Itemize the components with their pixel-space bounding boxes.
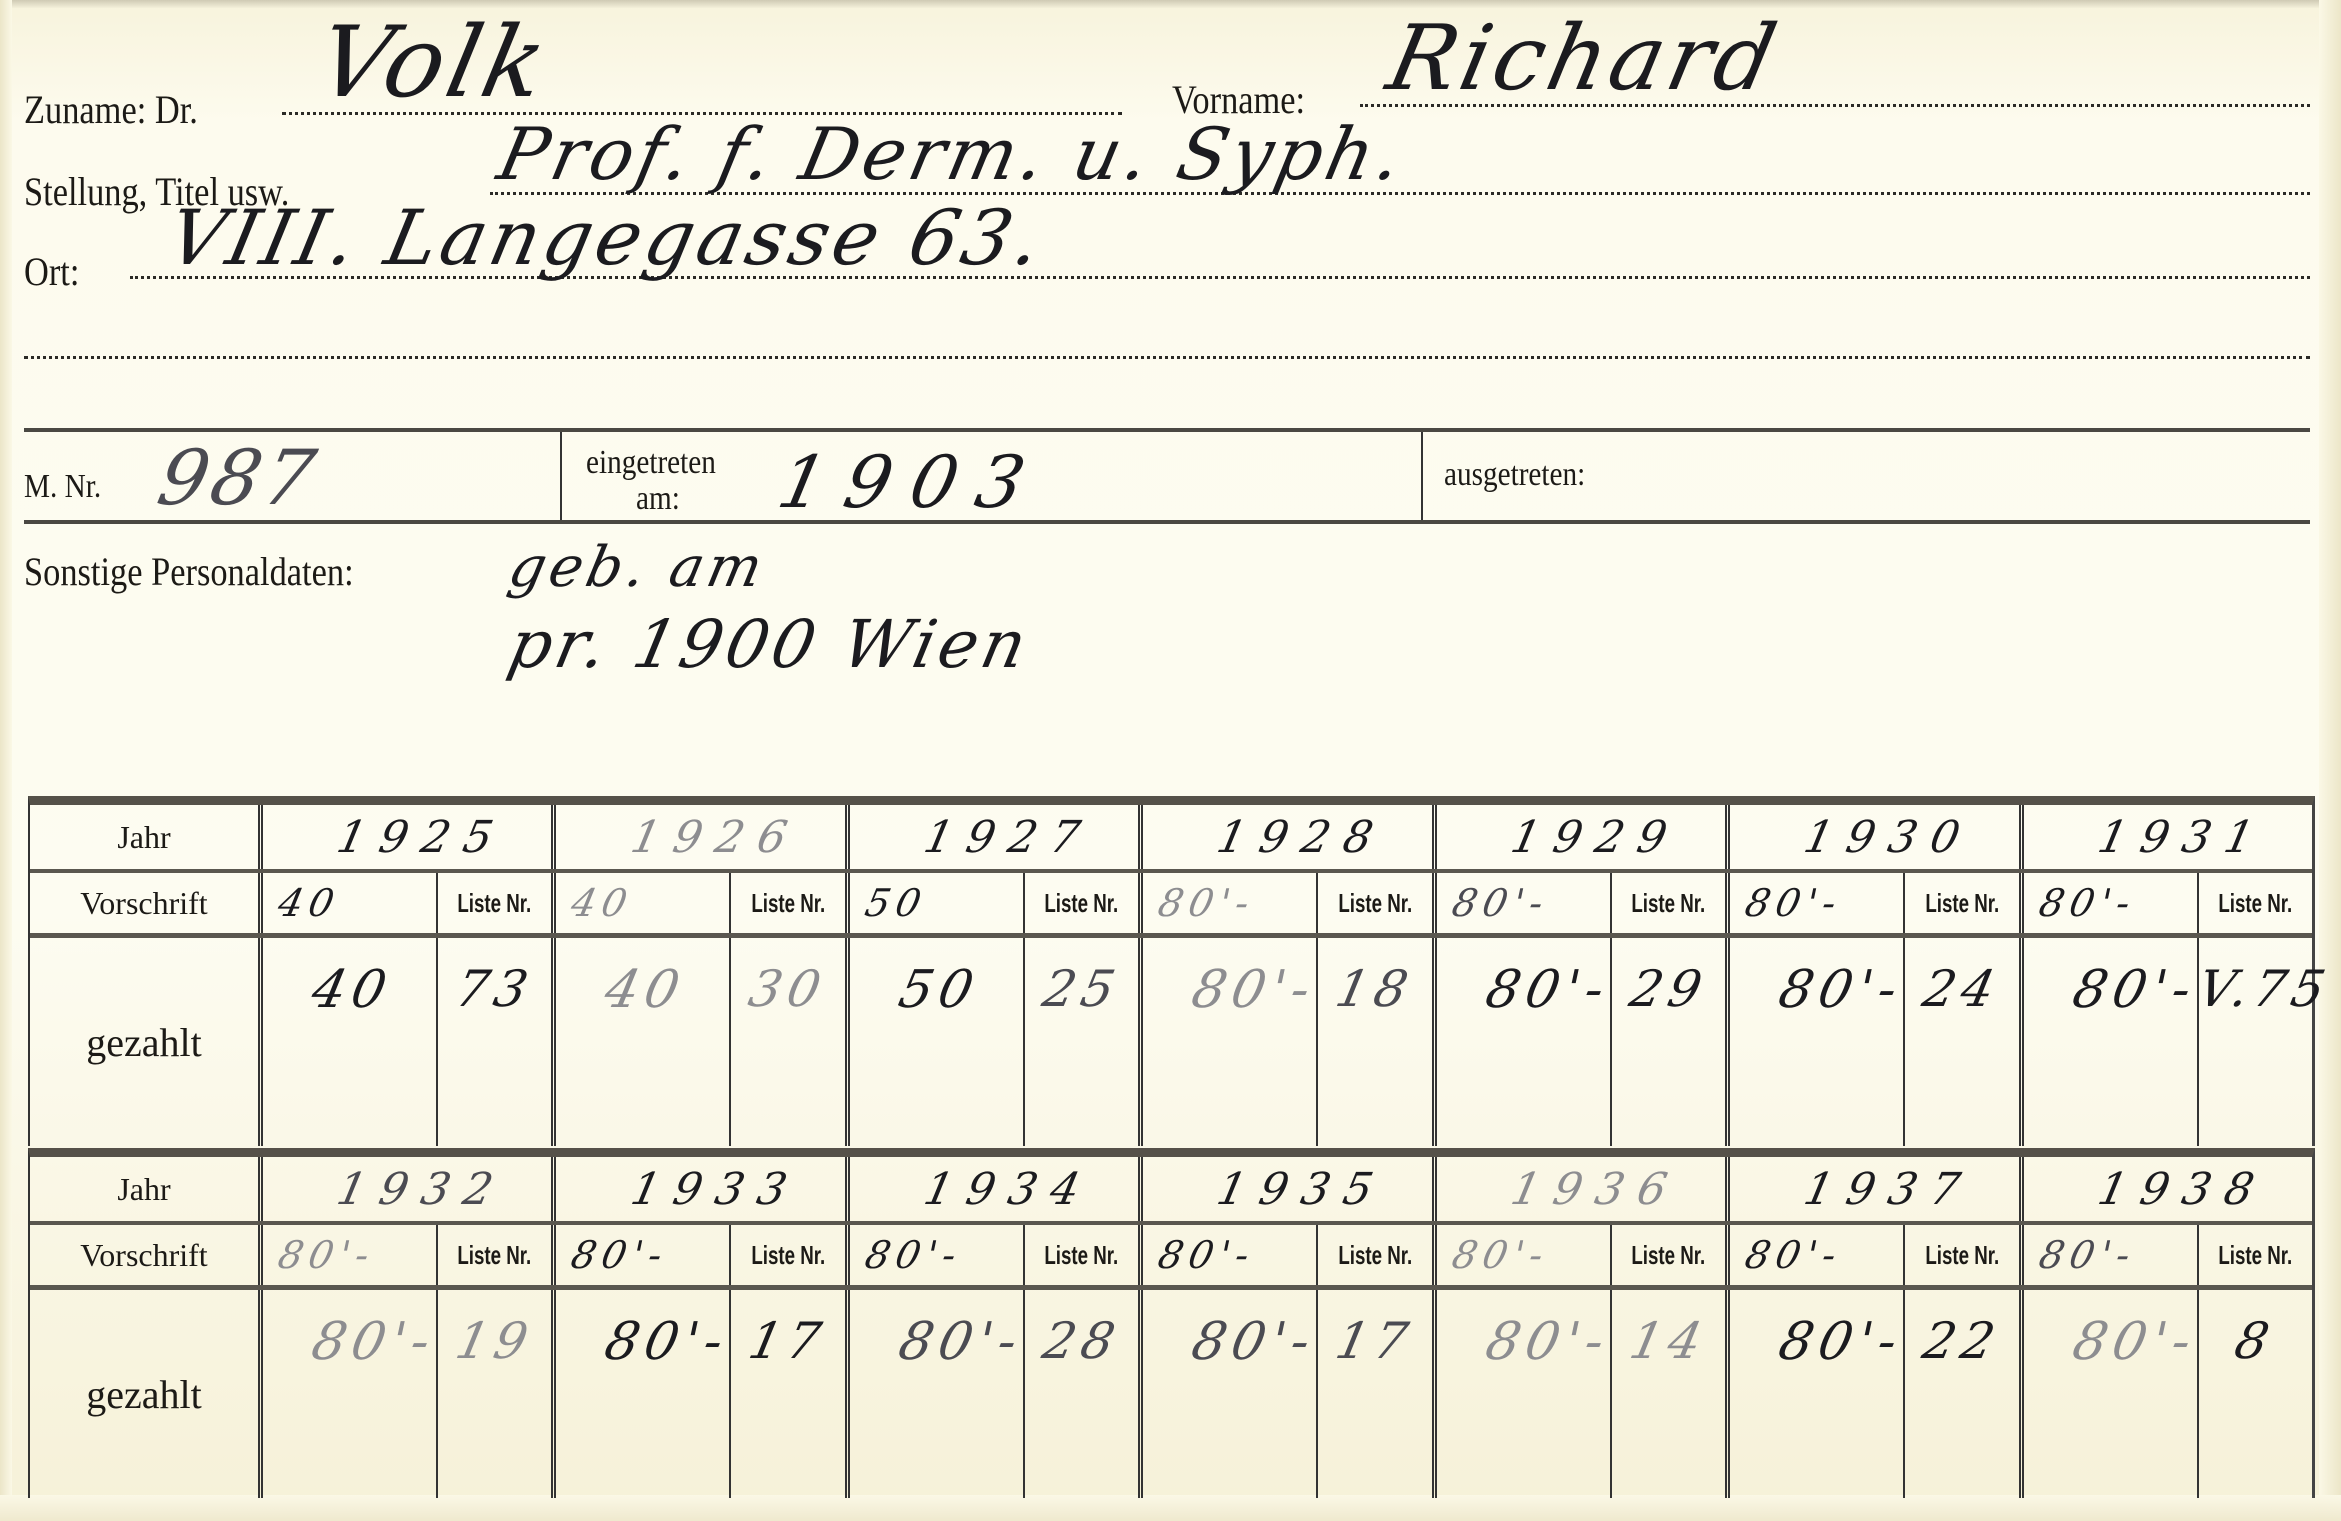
vorschrift-value: 80'-	[1155, 881, 1260, 925]
jahr-label: Jahr	[30, 805, 263, 869]
divider-2	[1421, 432, 1423, 520]
liste-value: 17	[1331, 1312, 1419, 1370]
blank-line	[24, 356, 2310, 359]
eingetreten-value: 1903	[772, 446, 1051, 518]
liste-value: 22	[1918, 1312, 2006, 1370]
vorschrift-value: 50	[861, 881, 931, 925]
vorschrift-value: 80'-	[1155, 1233, 1260, 1277]
year-cell: 1934	[850, 1157, 1143, 1221]
year-value: 1935	[1213, 1164, 1392, 1215]
year-value: 1938	[2093, 1164, 2272, 1215]
year-cell: 1938	[2024, 1157, 2312, 1221]
zuname-value: Volk	[310, 14, 558, 112]
vorschrift-cell: 40Liste Nr.	[263, 873, 556, 933]
gezahlt-value: 80'-	[2067, 1312, 2202, 1372]
year-value: 1925	[333, 812, 512, 863]
liste-label: Liste Nr.	[1925, 1240, 1999, 1271]
year-value: 1926	[626, 812, 805, 863]
card-edge-left	[0, 0, 12, 1521]
year-cell: 1932	[263, 1157, 556, 1221]
liste-value: 28	[1038, 1312, 1126, 1370]
row-vorschrift: Vorschrift 40Liste Nr. 40Liste Nr. 50Lis…	[30, 873, 2312, 938]
vorname-value: Richard	[1380, 14, 1786, 104]
row-jahr: Jahr 1925 1926 1927 1928 1929 1930 1931	[30, 805, 2312, 873]
year-value: 1936	[1506, 1164, 1685, 1215]
vorschrift-value: 80'-	[2035, 881, 2140, 925]
year-value: 1933	[626, 1164, 805, 1215]
gezahlt-cell: 80'-18	[1143, 938, 1436, 1146]
liste-value: 19	[451, 1312, 539, 1370]
vorschrift-value: 40	[568, 881, 638, 925]
gezahlt-cell: 80'-19	[263, 1290, 556, 1498]
liste-label: Liste Nr.	[2218, 1240, 2292, 1271]
vorschrift-cell: 50Liste Nr.	[850, 873, 1143, 933]
vorschrift-value: 80'-	[568, 1233, 673, 1277]
year-value: 1934	[920, 1164, 1099, 1215]
gezahlt-cell: 80'-17	[1143, 1290, 1436, 1498]
liste-value: 25	[1038, 960, 1126, 1018]
card-edge-right	[2319, 0, 2341, 1521]
index-card: Zuname: Dr. Volk Vorname: Richard Stellu…	[0, 0, 2341, 1521]
gezahlt-cell: 80'-17	[556, 1290, 849, 1498]
liste-label: Liste Nr.	[1631, 1240, 1705, 1271]
zuname-label: Zuname: Dr.	[24, 90, 198, 130]
year-value: 1930	[1800, 812, 1979, 863]
gezahlt-value: 80'-	[893, 1312, 1028, 1372]
gezahlt-cell: 80'-29	[1437, 938, 1730, 1146]
year-cell: 1925	[263, 805, 556, 869]
year-cell: 1931	[2024, 805, 2312, 869]
gezahlt-cell: 80'-22	[1730, 1290, 2023, 1498]
eingetreten-am-label: am:	[636, 482, 680, 516]
vorschrift-cell: 80'-Liste Nr.	[2024, 873, 2312, 933]
vorschrift-cell: 80'-Liste Nr.	[263, 1225, 556, 1285]
vorschrift-cell: 40Liste Nr.	[556, 873, 849, 933]
vorschrift-cell: 80'-Liste Nr.	[850, 1225, 1143, 1285]
liste-value: 29	[1624, 960, 1712, 1018]
year-value: 1932	[333, 1164, 512, 1215]
gezahlt-value: 80'-	[1187, 1312, 1322, 1372]
vorschrift-value: 80'-	[861, 1233, 966, 1277]
vorschrift-value: 80'-	[1741, 1233, 1846, 1277]
year-cell: 1936	[1437, 1157, 1730, 1221]
gezahlt-value: 40	[600, 960, 691, 1020]
vorschrift-cell: 80'-Liste Nr.	[1730, 873, 2023, 933]
gezahlt-value: 80'-	[2067, 960, 2202, 1020]
payment-table-upper: Jahr 1925 1926 1927 1928 1929 1930 1931 …	[28, 796, 2315, 1146]
year-cell: 1937	[1730, 1157, 2023, 1221]
sonstige-line-1: geb. am	[504, 540, 771, 596]
gezahlt-cell: 4030	[556, 938, 849, 1146]
liste-label: Liste Nr.	[458, 1240, 532, 1271]
vorschrift-value: 80'-	[274, 1233, 379, 1277]
gezahlt-value: 80'-	[1774, 1312, 1909, 1372]
payment-table-lower: Jahr 1932 1933 1934 1935 1936 1937 1938 …	[28, 1148, 2315, 1498]
gezahlt-value: 80'-	[307, 1312, 442, 1372]
vorschrift-cell: 80'-Liste Nr.	[1437, 873, 1730, 933]
row-jahr: Jahr 1932 1933 1934 1935 1936 1937 1938	[30, 1157, 2312, 1225]
gezahlt-cell: 80'-24	[1730, 938, 2023, 1146]
gezahlt-label: gezahlt	[30, 938, 263, 1146]
liste-label: Liste Nr.	[1925, 888, 1999, 919]
liste-value: 8	[2230, 1312, 2280, 1370]
vorschrift-cell: 80'-Liste Nr.	[1437, 1225, 1730, 1285]
gezahlt-value: 50	[893, 960, 984, 1020]
year-cell: 1928	[1143, 805, 1436, 869]
liste-value: 14	[1624, 1312, 1712, 1370]
liste-label: Liste Nr.	[2218, 888, 2292, 919]
gezahlt-value: 80'-	[1480, 1312, 1615, 1372]
gezahlt-value: 80'-	[1774, 960, 1909, 1020]
ort-label: Ort:	[24, 252, 79, 292]
liste-label: Liste Nr.	[458, 888, 532, 919]
year-value: 1929	[1506, 812, 1685, 863]
liste-label: Liste Nr.	[751, 888, 825, 919]
stellung-value: Prof. f. Derm. u. Syph.	[492, 118, 1412, 190]
gezahlt-cell: 80'-28	[850, 1290, 1143, 1498]
liste-value: 73	[451, 960, 539, 1018]
liste-label: Liste Nr.	[1045, 1240, 1119, 1271]
vorschrift-label: Vorschrift	[30, 1225, 263, 1285]
vorschrift-cell: 80'-Liste Nr.	[556, 1225, 849, 1285]
gezahlt-cell: 80'-V.75	[2024, 938, 2312, 1146]
gezahlt-cell: 80'-8	[2024, 1290, 2312, 1498]
liste-label: Liste Nr.	[751, 1240, 825, 1271]
liste-value: 24	[1918, 960, 2006, 1018]
mnr-value: 987	[152, 440, 325, 516]
gezahlt-value: 80'-	[1187, 960, 1322, 1020]
vorschrift-cell: 80'-Liste Nr.	[1730, 1225, 2023, 1285]
year-value: 1931	[2093, 812, 2272, 863]
ort-value: VIII. Langegasse 63.	[162, 200, 1052, 276]
year-cell: 1927	[850, 805, 1143, 869]
liste-value: 18	[1331, 960, 1419, 1018]
rule-bottom	[24, 520, 2310, 524]
year-cell: 1933	[556, 1157, 849, 1221]
sonstige-label: Sonstige Personaldaten:	[24, 552, 354, 592]
vorschrift-cell: 80'-Liste Nr.	[1143, 873, 1436, 933]
liste-value: V.75	[2192, 960, 2335, 1018]
mnr-label: M. Nr.	[24, 470, 101, 504]
gezahlt-cell: 4073	[263, 938, 556, 1146]
liste-label: Liste Nr.	[1631, 888, 1705, 919]
vorschrift-cell: 80'-Liste Nr.	[2024, 1225, 2312, 1285]
card-edge-bottom	[0, 1495, 2341, 1521]
year-cell: 1935	[1143, 1157, 1436, 1221]
sonstige-line-2: pr. 1900 Wien	[503, 612, 1036, 678]
gezahlt-value: 80'-	[1480, 960, 1615, 1020]
rule-top	[24, 428, 2310, 432]
gezahlt-label: gezahlt	[30, 1290, 263, 1498]
year-cell: 1929	[1437, 805, 1730, 869]
liste-label: Liste Nr.	[1045, 888, 1119, 919]
gezahlt-cell: 5025	[850, 938, 1143, 1146]
year-value: 1927	[920, 812, 1099, 863]
eingetreten-label: eingetreten	[586, 446, 716, 480]
year-value: 1937	[1800, 1164, 1979, 1215]
vorschrift-value: 80'-	[1448, 1233, 1553, 1277]
vorschrift-cell: 80'-Liste Nr.	[1143, 1225, 1436, 1285]
row-gezahlt: gezahlt 4073 4030 5025 80'-18 80'-29 80'…	[30, 938, 2312, 1146]
vorschrift-value: 80'-	[1741, 881, 1846, 925]
jahr-label: Jahr	[30, 1157, 263, 1221]
ausgetreten-label: ausgetreten:	[1444, 458, 1585, 492]
year-cell: 1926	[556, 805, 849, 869]
liste-label: Liste Nr.	[1338, 1240, 1412, 1271]
gezahlt-value: 40	[307, 960, 398, 1020]
liste-value: 17	[744, 1312, 832, 1370]
vorschrift-value: 80'-	[1448, 881, 1553, 925]
vorschrift-label: Vorschrift	[30, 873, 263, 933]
liste-label: Liste Nr.	[1338, 888, 1412, 919]
year-value: 1928	[1213, 812, 1392, 863]
vorschrift-value: 80'-	[2035, 1233, 2140, 1277]
liste-value: 30	[744, 960, 832, 1018]
gezahlt-cell: 80'-14	[1437, 1290, 1730, 1498]
vorschrift-value: 40	[274, 881, 344, 925]
divider-1	[560, 432, 562, 520]
gezahlt-value: 80'-	[600, 1312, 735, 1372]
row-vorschrift: Vorschrift 80'-Liste Nr. 80'-Liste Nr. 8…	[30, 1225, 2312, 1290]
year-cell: 1930	[1730, 805, 2023, 869]
row-gezahlt: gezahlt 80'-19 80'-17 80'-28 80'-17 80'-…	[30, 1290, 2312, 1498]
